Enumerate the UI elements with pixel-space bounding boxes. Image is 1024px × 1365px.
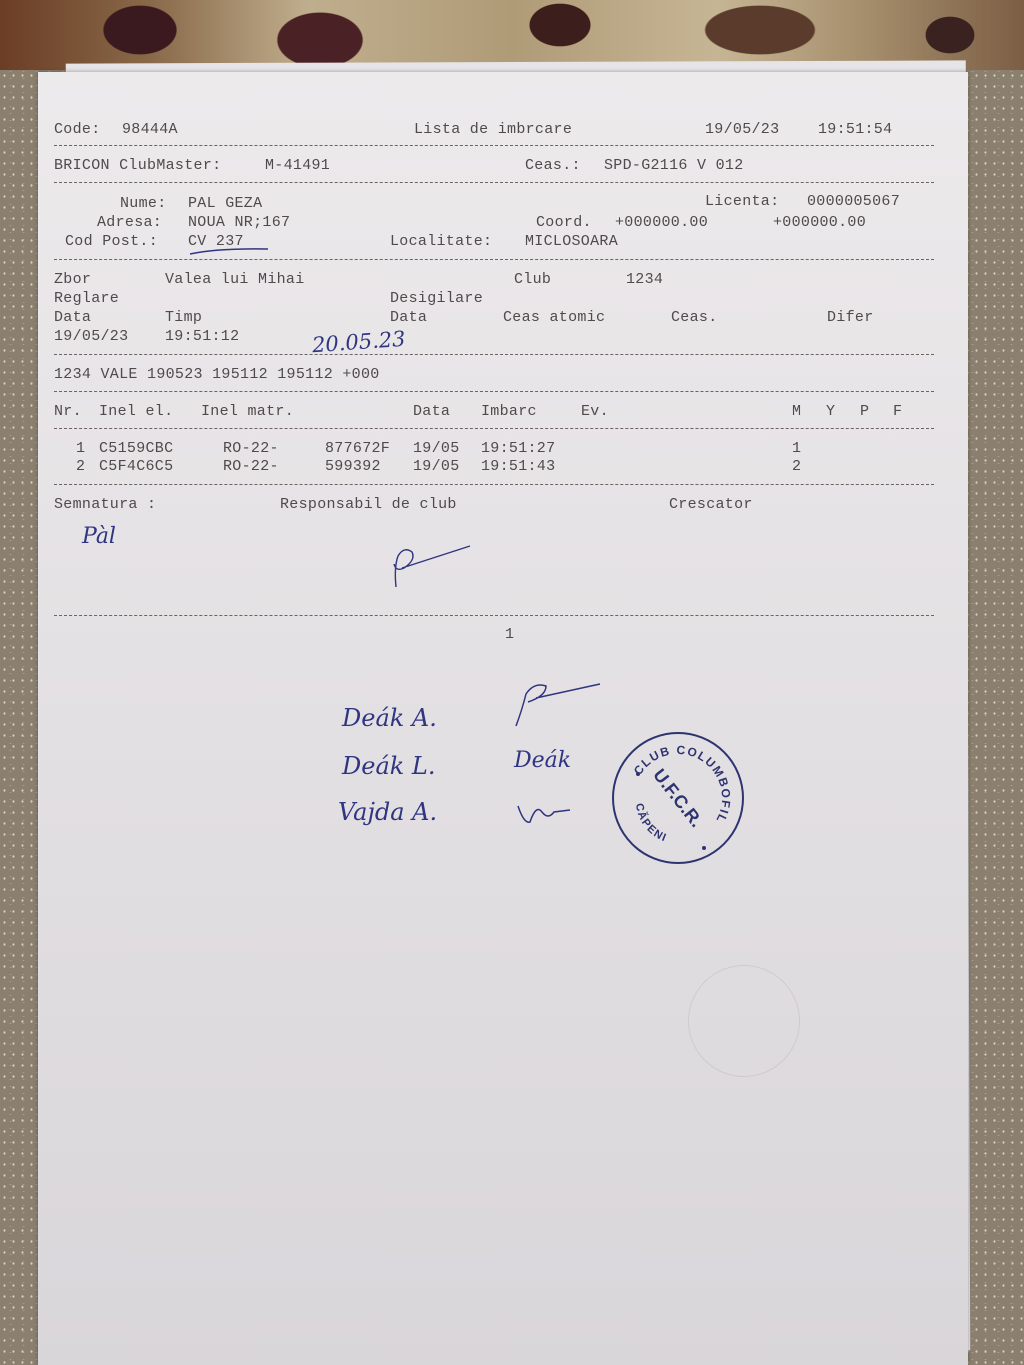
- signature-label: Semnatura :: [54, 496, 156, 513]
- unseal-date-label: Data: [390, 309, 427, 326]
- clock-label: Ceas.:: [525, 157, 581, 174]
- flight-label: Zbor: [54, 271, 91, 288]
- license-value: 0000005067: [807, 193, 900, 210]
- witness-signature-3: [514, 798, 574, 828]
- row-date: 19/05: [413, 440, 460, 457]
- divider: [54, 428, 934, 429]
- row-ring-el: C5159CBC: [99, 440, 173, 457]
- license-label: Licenta:: [705, 193, 779, 210]
- coord-x: +000000.00: [615, 214, 708, 231]
- divider: [54, 354, 934, 355]
- summary-line: 1234 VALE 190523 195112 195112 +000: [54, 366, 380, 383]
- code-label: Code:: [54, 121, 101, 138]
- diff-label: Difer: [827, 309, 874, 326]
- col-f: F: [893, 403, 902, 420]
- row-ring-prefix: RO-22-: [223, 440, 279, 457]
- club-stamp: CLUB COLUMBOFIL CĂPENI U.F.C.R.: [612, 732, 744, 864]
- atomic-clock-label: Ceas atomic: [503, 309, 605, 326]
- witness-signature-2: Deák: [514, 748, 571, 773]
- flight-value: Valea lui Mihai: [165, 271, 305, 288]
- divider: [54, 182, 934, 183]
- row-ring-prefix: RO-22-: [223, 458, 279, 475]
- divider: [54, 615, 934, 616]
- row-m: 1: [792, 440, 801, 457]
- ghost-stamp-imprint: [688, 965, 800, 1077]
- code-value: 98444A: [122, 121, 178, 138]
- col-boarding: Imbarc: [481, 403, 537, 420]
- row-date: 19/05: [413, 458, 460, 475]
- clubmaster-value: M-41491: [265, 157, 330, 174]
- unsealing-label: Desigilare: [390, 290, 483, 307]
- document-title: Lista de imbrcare: [414, 121, 572, 138]
- print-date: 19/05/23: [705, 121, 779, 138]
- stamp-bottom-text: CĂPENI: [633, 802, 669, 844]
- witness-signature-1: [512, 680, 602, 730]
- col-ring-matr: Inel matr.: [201, 403, 294, 420]
- col-m: M: [792, 403, 801, 420]
- locality-value: MICLOSOARA: [525, 233, 618, 250]
- coord-label: Coord.: [536, 214, 592, 231]
- setting-date: 19/05/23: [54, 328, 128, 345]
- col-nr: Nr.: [54, 403, 82, 420]
- divider: [54, 145, 934, 146]
- row-m: 2: [792, 458, 801, 475]
- club-value: 1234: [626, 271, 663, 288]
- page-number: 1: [505, 626, 514, 643]
- handwritten-underline: [188, 244, 273, 256]
- postcode-label: Cod Post.:: [65, 233, 158, 250]
- row-ring-num: 877672F: [325, 440, 390, 457]
- club-label: Club: [514, 271, 551, 288]
- col-date: Data: [413, 403, 450, 420]
- print-time: 19:51:54: [818, 121, 892, 138]
- name-label: Nume:: [120, 195, 167, 212]
- divider: [54, 391, 934, 392]
- row-nr: 1: [76, 440, 85, 457]
- setting-time: 19:51:12: [165, 328, 239, 345]
- col-ring-el: Inel el.: [99, 403, 173, 420]
- witness-name-1: Deák A.: [342, 704, 437, 732]
- svg-text:CĂPENI: CĂPENI: [633, 802, 669, 844]
- witness-name-2: Deák L.: [342, 752, 436, 780]
- breeder-label: Crescator: [669, 496, 753, 513]
- club-responsible-label: Responsabil de club: [280, 496, 457, 513]
- breeder-signature: Pàl: [82, 524, 116, 549]
- clock-col-label: Ceas.: [671, 309, 718, 326]
- witness-name-3: Vajda A.: [338, 798, 437, 826]
- handwritten-unseal-date: 20.05.23: [311, 327, 406, 357]
- row-time: 19:51:43: [481, 458, 555, 475]
- stamp-center-text: U.F.C.R.: [649, 765, 707, 831]
- col-y: Y: [826, 403, 835, 420]
- name-value: PAL GEZA: [188, 195, 262, 212]
- setting-date-label: Data: [54, 309, 91, 326]
- club-responsible-signature: [390, 542, 472, 592]
- divider: [54, 259, 934, 260]
- row-ring-el: C5F4C6C5: [99, 458, 173, 475]
- locality-label: Localitate:: [390, 233, 492, 250]
- clubmaster-label: BRICON ClubMaster:: [54, 157, 221, 174]
- clock-value: SPD-G2116 V 012: [604, 157, 744, 174]
- address-value: NOUA NR;167: [188, 214, 290, 231]
- row-time: 19:51:27: [481, 440, 555, 457]
- divider: [54, 484, 934, 485]
- coord-y: +000000.00: [773, 214, 866, 231]
- row-nr: 2: [76, 458, 85, 475]
- address-label: Adresa:: [97, 214, 162, 231]
- setting-time-label: Timp: [165, 309, 202, 326]
- document-page: Code: 98444A Lista de imbrcare 19/05/23 …: [38, 72, 968, 1365]
- row-ring-num: 599392: [325, 458, 381, 475]
- col-p: P: [860, 403, 869, 420]
- setting-label: Reglare: [54, 290, 119, 307]
- col-ev: Ev.: [581, 403, 609, 420]
